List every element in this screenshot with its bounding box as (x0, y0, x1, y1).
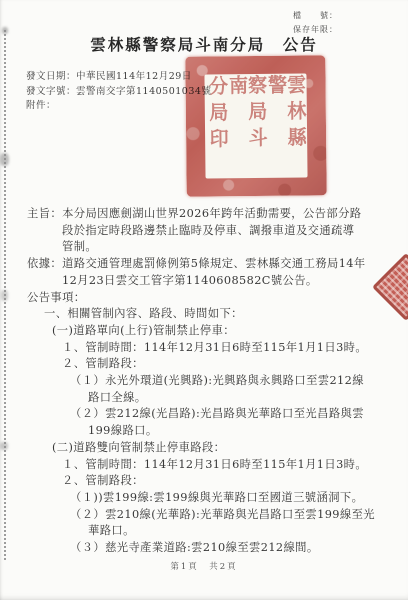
official-seal-stamp: 雲林縣警 察局斗南 分局印 (185, 55, 326, 196)
body-line: 公告事項： (27, 290, 394, 307)
announcement-body: 主旨：本分局因應劍湖山世界2026年跨年活動需要，公告部分路 段於指定時段路邊禁… (27, 206, 394, 557)
attachment-label: 附件： (26, 99, 211, 114)
body-line: 主旨：本分局因應劍湖山世界2026年跨年活動需要，公告部分路 (27, 206, 394, 223)
body-line: 12月23日雲交工管字第1140608582C號公告。 (27, 273, 394, 290)
document-meta: 發文日期：中華民國114年12月29日 發文字號：雲警南交字第114050103… (26, 70, 211, 114)
body-line: 段於指定時段路邊禁止臨時及停車、調撥車道及交通疏導 (27, 223, 394, 240)
body-line: （１）永光外環道(光興路):光興路與永興路口至雲212線 (27, 373, 394, 390)
body-line: （２）雲212線(光昌路):光昌路與光華路口至光昌路與雲 (27, 406, 394, 423)
body-line: 華路口。 (27, 523, 394, 540)
body-line: （２）雲210線(光華路):光華路與光昌路口至雲199線至光 (27, 507, 394, 524)
seal-text-column: 察局斗南 (227, 74, 266, 177)
body-line: （１))雲199線:雲199線與光華路口至國道三號涵洞下。 (27, 490, 394, 507)
file-number-label: 檔 號： (293, 9, 338, 23)
body-line: １、管制時間：114年12月31日6時至115年1月1日3時。 (27, 340, 394, 357)
document-page: 檔 號： 保存年限： 雲林縣警察局斗南分局 公告 發文日期：中華民國114年12… (0, 0, 408, 600)
body-line: （３）慈光寺產業道路:雲210線至雲212線間。 (27, 540, 394, 557)
page-number: 第1頁 共2頁 (0, 560, 408, 572)
document-title: 雲林縣警察局斗南分局 公告 (0, 33, 408, 55)
body-line: 管制。 (27, 239, 394, 256)
body-line: (二)道路雙向管制禁止停車路段： (27, 440, 394, 457)
scan-smudge (0, 442, 8, 450)
body-line: (一)道路單向(上行)管制禁止停車： (27, 323, 394, 340)
body-line: 依據：道路交通管理處罰條例第5條規定、雲林縣交通工務局14年 (27, 256, 394, 273)
scan-smudge (0, 153, 9, 166)
body-line: 路口全線。 (27, 390, 394, 407)
seal-text-area: 雲林縣警 察局斗南 分局印 (204, 73, 307, 178)
scan-smudge (1, 290, 8, 301)
seal-text-column: 雲林縣警 (266, 74, 305, 177)
body-line: 一、相關管制內容、路段、時間如下： (27, 306, 394, 323)
issue-date: 發文日期：中華民國114年12月29日 (26, 70, 211, 85)
body-line: ２、管制路段： (27, 473, 394, 490)
seal-text-column: 分局印 (207, 75, 227, 154)
doc-number: 發文字號：雲警南交字第1140501034號 (26, 85, 211, 100)
body-line: ２、管制路段： (27, 356, 394, 373)
body-line: 199線路口。 (27, 423, 394, 440)
body-line: １、管制時間：114年12月31日6時至115年1月1日3時。 (27, 457, 394, 474)
